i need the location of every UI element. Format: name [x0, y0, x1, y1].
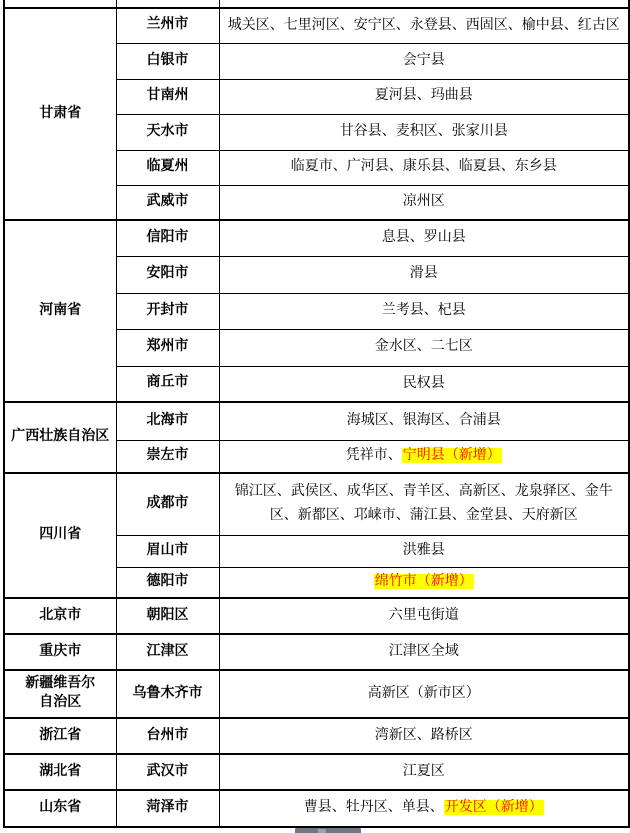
district-text: 江夏区: [403, 764, 445, 779]
districts-cell: 临夏市、广河县、康乐县、临夏县、东乡县: [219, 150, 629, 185]
city-cell: 甘南州: [116, 79, 219, 114]
city-cell: 崇左市: [116, 440, 219, 473]
districts-cell: 锦江区、武侯区、成华区、青羊区、高新区、龙泉驿区、金牛区、新都区、邛崃市、蒲江县…: [219, 473, 629, 535]
page-indicator[interactable]: [295, 828, 361, 833]
districts-cell: 滑县: [219, 256, 629, 293]
districts-cell: 甘谷县、麦积区、张家川县: [219, 114, 629, 150]
district-text: 江津区全域: [389, 644, 459, 659]
province-cell: 山东省: [4, 790, 116, 827]
city-cell: 乌鲁木齐市: [116, 670, 219, 718]
city-cell: 开封市: [116, 293, 219, 329]
districts-cell: 绵竹市（新增）: [219, 567, 629, 598]
partial-row-cell: [4, 0, 116, 8]
districts-cell: 会宁县: [219, 43, 629, 79]
province-cell: 重庆市: [4, 634, 116, 670]
city-cell: 武汉市: [116, 754, 219, 790]
table-row: 甘肃省兰州市城关区、七里河区、安宁区、永登县、西固区、榆中县、红古区: [4, 8, 629, 43]
districts-cell: 民权县: [219, 366, 629, 402]
city-cell: 菏泽市: [116, 790, 219, 827]
page-indicator-notch: [318, 829, 326, 833]
district-text: 锦江区、武侯区、成华区、青羊区、高新区、龙泉驿区、金牛区、新都区、邛崃市、蒲江县…: [235, 484, 613, 524]
district-text: 高新区（新市区）: [368, 686, 480, 701]
province-cell: 浙江省: [4, 718, 116, 754]
districts-cell: 城关区、七里河区、安宁区、永登县、西固区、榆中县、红古区: [219, 8, 629, 43]
districts-cell: 凭祥市、宁明县（新增）: [219, 440, 629, 473]
districts-cell: 海城区、银海区、合浦县: [219, 402, 629, 440]
table-row: 山东省菏泽市曹县、牡丹区、单县、开发区（新增）: [4, 790, 629, 827]
district-text: 洪雅县: [403, 543, 445, 558]
city-cell: 临夏州: [116, 150, 219, 185]
district-text: 息县、罗山县: [382, 230, 466, 245]
district-text: 凉州区: [403, 194, 445, 209]
district-text: 滑县: [410, 266, 438, 281]
district-text: 六里屯街道: [389, 608, 459, 623]
city-cell: 信阳市: [116, 220, 219, 256]
city-cell: 兰州市: [116, 8, 219, 43]
city-cell: 白银市: [116, 43, 219, 79]
partial-row-cell: [116, 0, 219, 8]
district-text: 城关区、七里河区、安宁区、永登县、西固区、榆中县、红古区: [228, 18, 620, 33]
districts-cell: 湾新区、路桥区: [219, 718, 629, 754]
district-text: 民权县: [403, 376, 445, 391]
districts-cell: 金水区、二七区: [219, 329, 629, 366]
district-text: 夏河县、玛曲县: [375, 88, 473, 103]
table-row: 广西壮族自治区北海市海城区、银海区、合浦县: [4, 402, 629, 440]
province-cell: 北京市: [4, 598, 116, 634]
table-row: 四川省成都市锦江区、武侯区、成华区、青羊区、高新区、龙泉驿区、金牛区、新都区、邛…: [4, 473, 629, 535]
districts-cell: 六里屯街道: [219, 598, 629, 634]
city-cell: 商丘市: [116, 366, 219, 402]
table-row: 河南省信阳市息县、罗山县: [4, 220, 629, 256]
province-cell: 甘肃省: [4, 8, 116, 220]
region-table: 甘肃省兰州市城关区、七里河区、安宁区、永登县、西固区、榆中县、红古区白银市会宁县…: [3, 0, 630, 828]
city-cell: 成都市: [116, 473, 219, 535]
city-cell: 朝阳区: [116, 598, 219, 634]
region-table-body: 甘肃省兰州市城关区、七里河区、安宁区、永登县、西固区、榆中县、红古区白银市会宁县…: [4, 0, 629, 827]
province-cell: 湖北省: [4, 754, 116, 790]
table-row: 浙江省台州市湾新区、路桥区: [4, 718, 629, 754]
table-row: 北京市朝阳区六里屯街道: [4, 598, 629, 634]
districts-cell: 曹县、牡丹区、单县、开发区（新增）: [219, 790, 629, 827]
province-cell: 四川省: [4, 473, 116, 598]
highlighted-district-text: 宁明县（新增）: [402, 448, 502, 463]
province-cell: 广西壮族自治区: [4, 402, 116, 473]
table-row: 湖北省武汉市江夏区: [4, 754, 629, 790]
table-row: 新疆维吾尔 自治区乌鲁木齐市高新区（新市区）: [4, 670, 629, 718]
district-text: 曹县、牡丹区、单县、: [304, 800, 444, 815]
districts-cell: 江津区全域: [219, 634, 629, 670]
district-text: 湾新区、路桥区: [375, 728, 473, 743]
highlighted-district-text: 开发区（新增）: [444, 800, 544, 815]
districts-cell: 夏河县、玛曲县: [219, 79, 629, 114]
city-cell: 北海市: [116, 402, 219, 440]
city-cell: 德阳市: [116, 567, 219, 598]
partial-row-cell: [219, 0, 629, 8]
city-cell: 安阳市: [116, 256, 219, 293]
district-text: 会宁县: [403, 53, 445, 68]
city-cell: 台州市: [116, 718, 219, 754]
district-text: 凭祥市、: [346, 448, 402, 463]
city-cell: 天水市: [116, 114, 219, 150]
city-cell: 郑州市: [116, 329, 219, 366]
districts-cell: 洪雅县: [219, 535, 629, 567]
districts-cell: 凉州区: [219, 185, 629, 220]
highlighted-district-text: 绵竹市（新增）: [374, 574, 474, 589]
district-text: 临夏市、广河县、康乐县、临夏县、东乡县: [291, 159, 557, 174]
districts-cell: 息县、罗山县: [219, 220, 629, 256]
partial-row-above: [4, 0, 629, 8]
district-text: 甘谷县、麦积区、张家川县: [340, 124, 508, 139]
city-cell: 江津区: [116, 634, 219, 670]
districts-cell: 高新区（新市区）: [219, 670, 629, 718]
city-cell: 武威市: [116, 185, 219, 220]
city-cell: 眉山市: [116, 535, 219, 567]
province-cell: 河南省: [4, 220, 116, 402]
districts-cell: 江夏区: [219, 754, 629, 790]
document-page: 甘肃省兰州市城关区、七里河区、安宁区、永登县、西固区、榆中县、红古区白银市会宁县…: [0, 0, 630, 833]
district-text: 金水区、二七区: [375, 339, 473, 354]
districts-cell: 兰考县、杞县: [219, 293, 629, 329]
province-cell: 新疆维吾尔 自治区: [4, 670, 116, 718]
district-text: 兰考县、杞县: [382, 303, 466, 318]
table-row: 重庆市江津区江津区全域: [4, 634, 629, 670]
district-text: 海城区、银海区、合浦县: [347, 413, 501, 428]
